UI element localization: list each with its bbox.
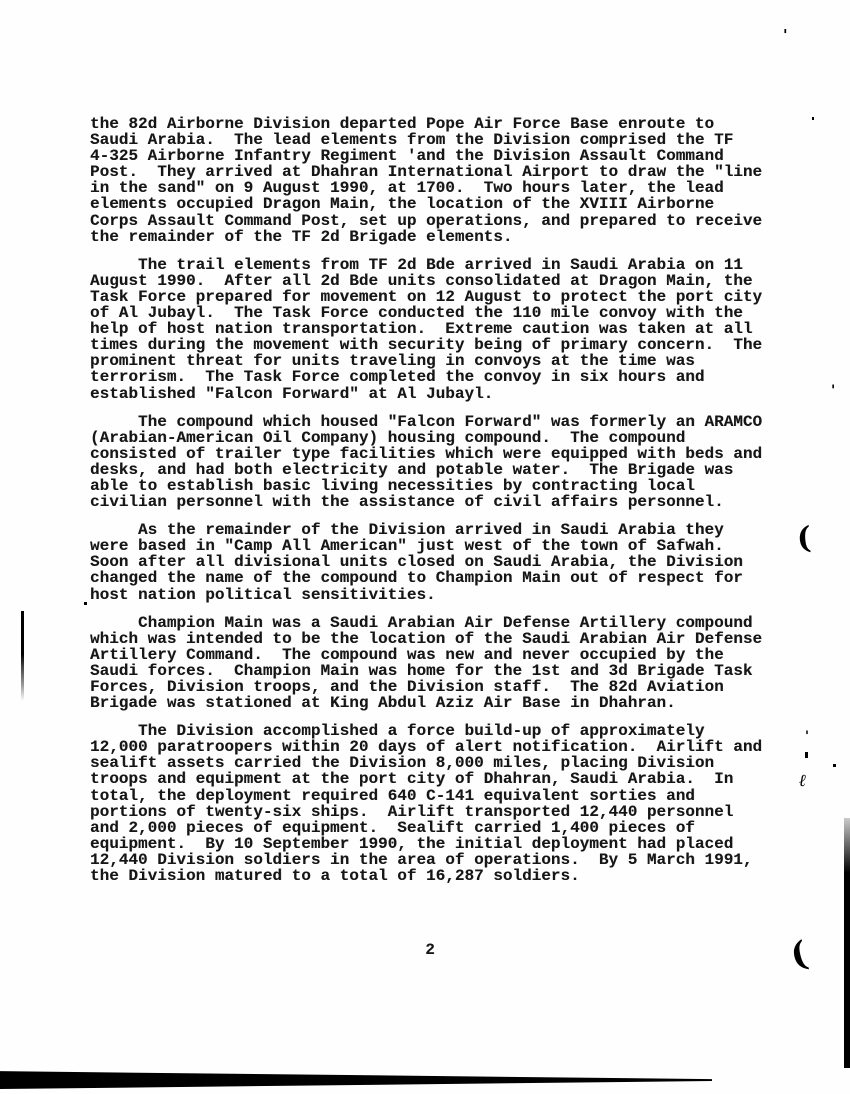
text-line: portions of twenty-six ships. Airlift tr…	[90, 804, 790, 820]
text-line: prominent threat for units traveling in …	[90, 353, 790, 369]
ink-speck	[84, 602, 87, 605]
text-line: The Division accomplished a force build-…	[90, 723, 790, 739]
text-line: 12,440 Division soldiers in the area of …	[90, 852, 790, 868]
text-line: equipment. By 10 September 1990, the ini…	[90, 836, 790, 852]
apostrophe-speck-top-right: '	[783, 28, 788, 43]
paragraph: the 82d Airborne Division departed Pope …	[90, 116, 790, 245]
text-line: the remainder of the TF 2d Brigade eleme…	[90, 229, 790, 245]
text-line: help of host nation transportation. Extr…	[90, 321, 790, 337]
text-line: established "Falcon Forward" at Al Jubay…	[90, 386, 790, 402]
text-line: Forces, Division troops, and the Divisio…	[90, 679, 790, 695]
text-line: Saudi Arabia. The lead elements from the…	[90, 132, 790, 148]
text-line: sealift assets carried the Division 8,00…	[90, 755, 790, 771]
right-scan-edge-line	[844, 818, 850, 1068]
scanned-document-page: the 82d Airborne Division departed Pope …	[0, 0, 850, 1094]
ink-speck	[812, 117, 814, 120]
text-line: were based in "Camp All American" just w…	[90, 538, 790, 554]
text-line: total, the deployment required 640 C-141…	[90, 788, 790, 804]
text-line: Artillery Command. The compound was new …	[90, 647, 790, 663]
text-line: able to establish basic living necessiti…	[90, 478, 790, 494]
script-l-pen-mark: ℓ	[799, 773, 806, 790]
comma-speck-right-margin: '	[831, 384, 835, 398]
document-text: the 82d Airborne Division departed Pope …	[90, 116, 790, 896]
text-line: host nation political sensitivities.	[90, 587, 790, 603]
paragraph: Champion Main was a Saudi Arabian Air De…	[90, 615, 790, 712]
text-line: 12,000 paratroopers within 20 days of al…	[90, 739, 790, 755]
text-line: changed the name of the compound to Cham…	[90, 570, 790, 586]
page-number: 2	[90, 941, 770, 959]
text-line: the 82d Airborne Division departed Pope …	[90, 116, 790, 132]
text-line: Corps Assault Command Post, set up opera…	[90, 213, 790, 229]
paren-pen-mark-lower: (	[787, 937, 811, 974]
tick-speck-right-margin: '	[805, 730, 809, 743]
text-line: elements occupied Dragon Main, the locat…	[90, 196, 790, 212]
text-line: The trail elements from TF 2d Bde arrive…	[90, 257, 790, 273]
text-line: Champion Main was a Saudi Arabian Air De…	[90, 615, 790, 631]
bottom-scan-artifact-bar	[0, 1070, 712, 1089]
text-line: The compound which housed "Falcon Forwar…	[90, 414, 790, 430]
text-line: Saudi forces. Champion Main was home for…	[90, 663, 790, 679]
text-line: consisted of trailer type facilities whi…	[90, 446, 790, 462]
left-margin-pen-stroke	[21, 611, 24, 701]
text-line: the Division matured to a total of 16,28…	[90, 868, 790, 884]
paragraph: The Division accomplished a force build-…	[90, 723, 790, 884]
text-line: Brigade was stationed at King Abdul Aziz…	[90, 695, 790, 711]
ink-speck	[833, 764, 836, 767]
text-line: of Al Jubayl. The Task Force conducted t…	[90, 305, 790, 321]
text-line: 4-325 Airborne Infantry Regiment 'and th…	[90, 148, 790, 164]
paren-pen-mark-upper: (	[796, 524, 812, 555]
text-line: and 2,000 pieces of equipment. Sealift c…	[90, 820, 790, 836]
text-line: terrorism. The Task Force completed the …	[90, 369, 790, 385]
text-line: in the sand" on 9 August 1990, at 1700. …	[90, 180, 790, 196]
ink-speck	[805, 752, 808, 758]
text-line: Task Force prepared for movement on 12 A…	[90, 289, 790, 305]
text-line: August 1990. After all 2d Bde units cons…	[90, 273, 790, 289]
paragraph: As the remainder of the Division arrived…	[90, 522, 790, 602]
text-line: troops and equipment at the port city of…	[90, 771, 790, 787]
paragraph: The trail elements from TF 2d Bde arrive…	[90, 257, 790, 402]
text-line: desks, and had both electricity and pota…	[90, 462, 790, 478]
text-line: Post. They arrived at Dhahran Internatio…	[90, 164, 790, 180]
text-line: As the remainder of the Division arrived…	[90, 522, 790, 538]
text-line: (Arabian-American Oil Company) housing c…	[90, 430, 790, 446]
text-line: civilian personnel with the assistance o…	[90, 494, 790, 510]
paragraph: The compound which housed "Falcon Forwar…	[90, 414, 790, 511]
text-line: Soon after all divisional units closed o…	[90, 554, 790, 570]
text-line: times during the movement with security …	[90, 337, 790, 353]
text-line: which was intended to be the location of…	[90, 631, 790, 647]
